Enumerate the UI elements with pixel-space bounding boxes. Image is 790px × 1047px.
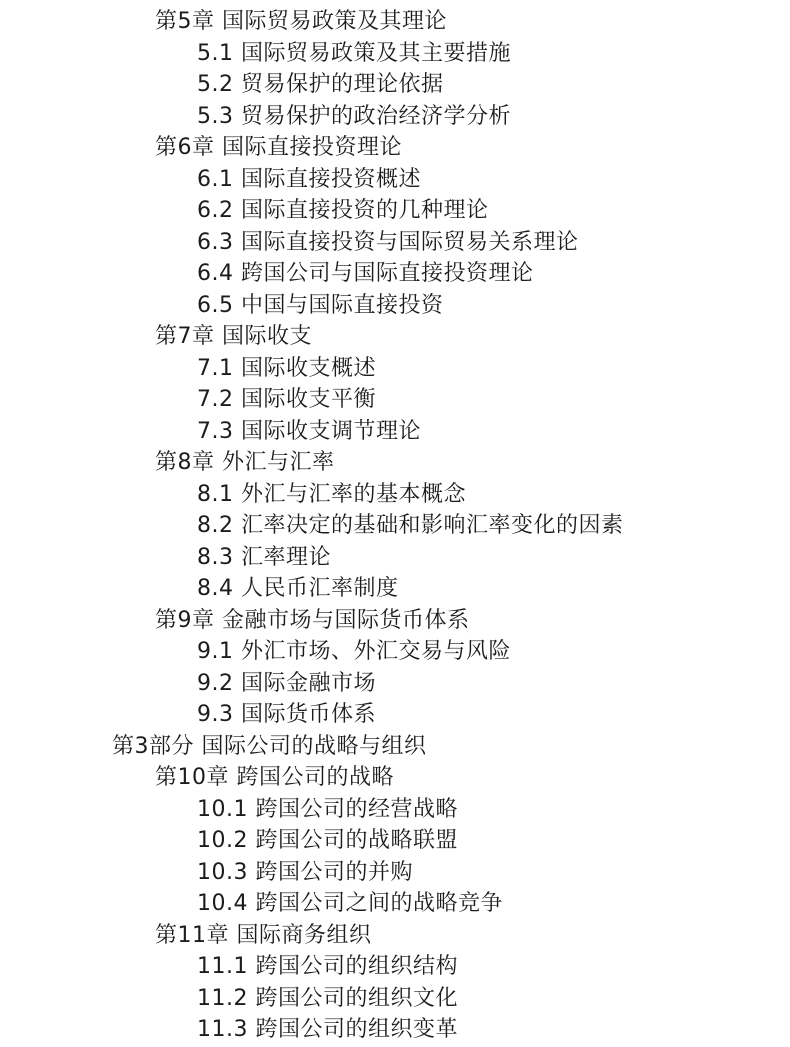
toc-entry-section: 6.2 国际直接投资的几种理论 <box>0 195 790 227</box>
toc-entry-section: 8.4 人民币汇率制度 <box>0 573 790 605</box>
toc-entry-section: 6.4 跨国公司与国际直接投资理论 <box>0 258 790 290</box>
toc-entry-section: 8.2 汇率决定的基础和影响汇率变化的因素 <box>0 510 790 542</box>
toc-entry-part: 第3部分 国际公司的战略与组织 <box>0 731 790 763</box>
toc-entry-section: 11.3 跨国公司的组织变革 <box>0 1014 790 1046</box>
toc-entry-section: 7.3 国际收支调节理论 <box>0 416 790 448</box>
toc-entry-section: 11.1 跨国公司的组织结构 <box>0 951 790 983</box>
toc-entry-section: 10.4 跨国公司之间的战略竞争 <box>0 888 790 920</box>
toc-entry-chapter: 第6章 国际直接投资理论 <box>0 132 790 164</box>
toc-entry-chapter: 第10章 跨国公司的战略 <box>0 762 790 794</box>
toc-entry-section: 6.5 中国与国际直接投资 <box>0 290 790 322</box>
toc-entry-chapter: 第11章 国际商务组织 <box>0 920 790 952</box>
toc-entry-section: 10.2 跨国公司的战略联盟 <box>0 825 790 857</box>
toc-entry-section: 10.1 跨国公司的经营战略 <box>0 794 790 826</box>
toc-entry-chapter: 第8章 外汇与汇率 <box>0 447 790 479</box>
toc-entry-section: 5.3 贸易保护的政治经济学分析 <box>0 101 790 133</box>
toc-entry-chapter: 第7章 国际收支 <box>0 321 790 353</box>
toc-entry-section: 6.3 国际直接投资与国际贸易关系理论 <box>0 227 790 259</box>
toc-entry-section: 9.2 国际金融市场 <box>0 668 790 700</box>
toc-entry-section: 8.1 外汇与汇率的基本概念 <box>0 479 790 511</box>
toc-entry-section: 8.3 汇率理论 <box>0 542 790 574</box>
table-of-contents: 第5章 国际贸易政策及其理论5.1 国际贸易政策及其主要措施5.2 贸易保护的理… <box>0 0 790 1046</box>
toc-entry-section: 7.1 国际收支概述 <box>0 353 790 385</box>
toc-entry-section: 5.1 国际贸易政策及其主要措施 <box>0 38 790 70</box>
toc-entry-section: 5.2 贸易保护的理论依据 <box>0 69 790 101</box>
toc-entry-chapter: 第5章 国际贸易政策及其理论 <box>0 6 790 38</box>
toc-entry-section: 7.2 国际收支平衡 <box>0 384 790 416</box>
toc-entry-section: 9.3 国际货币体系 <box>0 699 790 731</box>
toc-entry-section: 11.2 跨国公司的组织文化 <box>0 983 790 1015</box>
toc-entry-section: 9.1 外汇市场、外汇交易与风险 <box>0 636 790 668</box>
toc-entry-section: 6.1 国际直接投资概述 <box>0 164 790 196</box>
toc-entry-section: 10.3 跨国公司的并购 <box>0 857 790 889</box>
toc-entry-chapter: 第9章 金融市场与国际货币体系 <box>0 605 790 637</box>
